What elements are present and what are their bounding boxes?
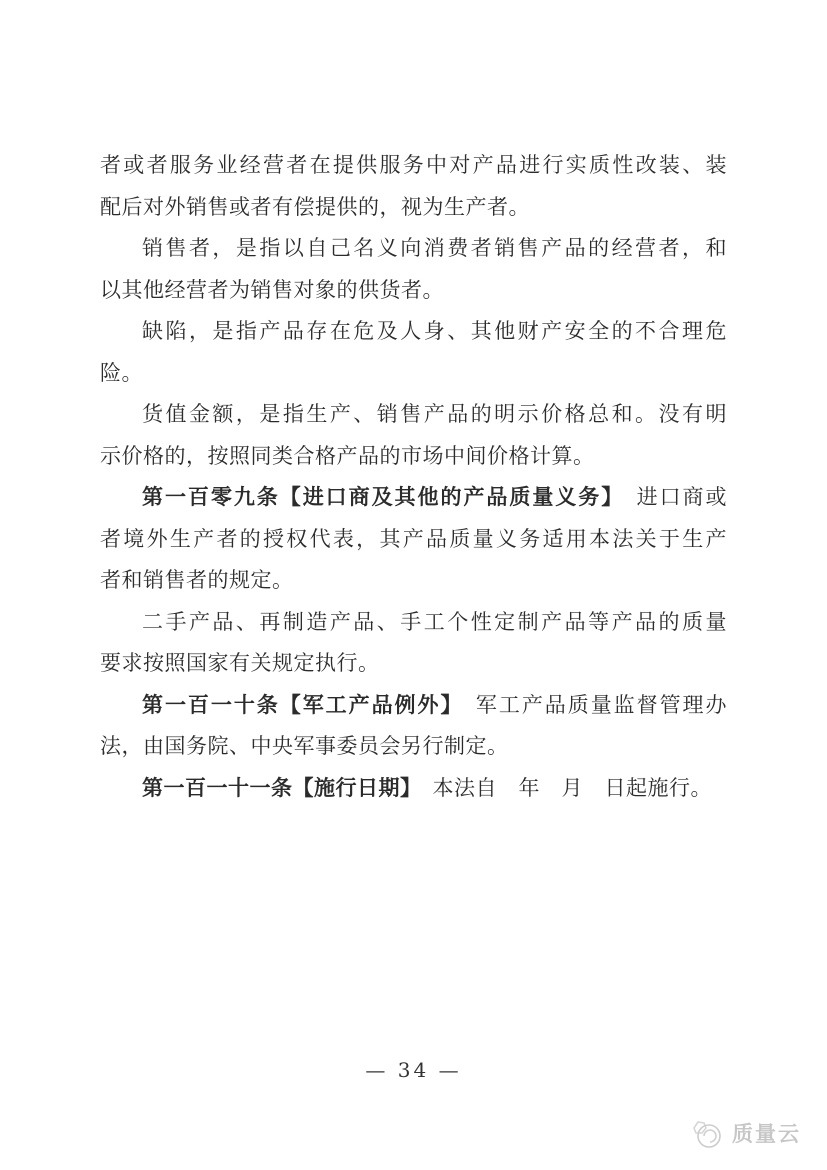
body-text: 者境外生产者的授权代表，其产品质量义务适用本法关于生产 <box>100 527 727 551</box>
document-line: 法，由国务院、中央军事委员会另行制定。 <box>100 726 727 768</box>
document-page: 者或者服务业经营者在提供服务中对产品进行实质性改装、装配后对外销售或者有偿提供的… <box>0 0 827 1170</box>
article-heading-text: 第一百零九条【进口商及其他的产品质量义务】 <box>142 486 614 509</box>
body-text: 示价格的，按照同类合格产品的市场中间价格计算。 <box>100 444 595 468</box>
body-text: 者和销售者的规定。 <box>100 568 294 592</box>
body-text: 以其他经营者为销售对象的供货者。 <box>100 278 444 302</box>
body-text: 货值金额，是指生产、销售产品的明示价格总和。没有明 <box>142 402 727 426</box>
watermark-text: 质量云 <box>732 1118 801 1148</box>
document-line: 示价格的，按照同类合格产品的市场中间价格计算。 <box>100 436 727 478</box>
document-line: 者境外生产者的授权代表，其产品质量义务适用本法关于生产 <box>100 519 727 561</box>
body-text: 配后对外销售或者有偿提供的，视为生产者。 <box>100 195 530 219</box>
document-line: 者或者服务业经营者在提供服务中对产品进行实质性改装、装 <box>100 145 727 187</box>
body-text: 缺陷，是指产品存在危及人身、其他财产安全的不合理危 <box>142 319 727 343</box>
page-number: — 34 — <box>0 1058 827 1082</box>
document-line: 配后对外销售或者有偿提供的，视为生产者。 <box>100 187 727 229</box>
document-line: 第一百一十条【军工产品例外】 军工产品质量监督管理办 <box>100 685 727 727</box>
cloud-logo-icon <box>685 1114 727 1152</box>
article-heading-text: 第一百一十一条【施行日期】 <box>142 777 411 800</box>
body-text: 进口商或 <box>614 485 727 509</box>
body-text: 军工产品质量监督管理办 <box>453 693 727 717</box>
document-line: 者和销售者的规定。 <box>100 560 727 602</box>
document-line: 二手产品、再制造产品、手工个性定制产品等产品的质量 <box>100 602 727 644</box>
document-line: 第一百一十一条【施行日期】 本法自 年 月 日起施行。 <box>100 768 727 810</box>
document-body: 者或者服务业经营者在提供服务中对产品进行实质性改装、装配后对外销售或者有偿提供的… <box>100 145 727 809</box>
body-text: 要求按照国家有关规定执行。 <box>100 651 380 675</box>
watermark: 质量云 <box>685 1114 801 1152</box>
body-text: 者或者服务业经营者在提供服务中对产品进行实质性改装、装 <box>100 153 727 177</box>
body-text: 险。 <box>100 361 143 385</box>
body-text: 二手产品、再制造产品、手工个性定制产品等产品的质量 <box>142 610 727 634</box>
document-line: 险。 <box>100 353 727 395</box>
body-text: 法，由国务院、中央军事委员会另行制定。 <box>100 734 509 758</box>
body-text: 销售者，是指以自己名义向消费者销售产品的经营者，和 <box>142 236 727 260</box>
document-line: 以其他经营者为销售对象的供货者。 <box>100 270 727 312</box>
article-heading-text: 第一百一十条【军工产品例外】 <box>142 694 453 717</box>
document-line: 要求按照国家有关规定执行。 <box>100 643 727 685</box>
document-line: 缺陷，是指产品存在危及人身、其他财产安全的不合理危 <box>100 311 727 353</box>
document-line: 销售者，是指以自己名义向消费者销售产品的经营者，和 <box>100 228 727 270</box>
document-line: 货值金额，是指生产、销售产品的明示价格总和。没有明 <box>100 394 727 436</box>
document-line: 第一百零九条【进口商及其他的产品质量义务】 进口商或 <box>100 477 727 519</box>
body-text: 本法自 年 月 日起施行。 <box>411 776 712 800</box>
